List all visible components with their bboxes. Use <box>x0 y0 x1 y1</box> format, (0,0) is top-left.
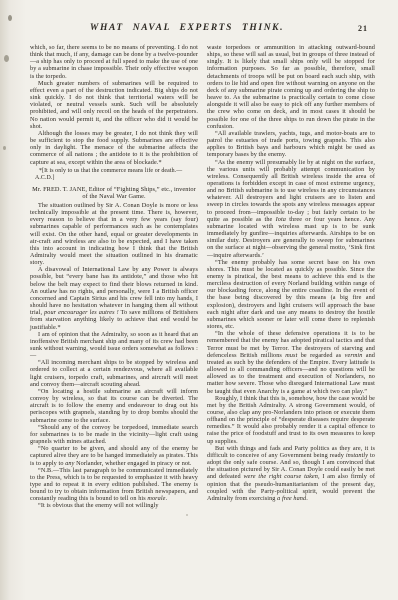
paragraph: I am of opinion that the Admiralty, so s… <box>30 331 198 360</box>
running-title: WHAT NAVAL EXPERTS THINK. <box>30 23 344 33</box>
paragraph: which, so far, there seems to be no mean… <box>30 44 198 80</box>
text-columns: which, so far, there seems to be no mean… <box>30 44 376 510</box>
paragraph: “Should any of the convoy be torpedoed, … <box>30 424 198 445</box>
paragraph: “All available trawlers, yachts, tugs, a… <box>207 130 375 159</box>
paragraph: waste torpedoes or ammunition in attacki… <box>207 44 375 130</box>
paragraph: Much greater numbers of submarines will … <box>30 80 198 130</box>
paragraph: Roughly, I think that this is, somehow, … <box>207 395 375 445</box>
scan-speck <box>4 55 9 62</box>
paragraph: “All incoming merchant ships to be stopp… <box>30 359 198 388</box>
paragraph: “It is obvious that the enemy will not w… <box>30 502 198 509</box>
page-number: 21 <box>358 24 368 33</box>
footnote: *[It is only to us that the commerce mea… <box>35 168 198 182</box>
paragraph: A disavowal of International Law by any … <box>30 266 198 330</box>
paragraph: “N.B.—This last paragraph to be communic… <box>30 467 198 503</box>
page-header: WHAT NAVAL EXPERTS THINK. 21 <box>30 23 374 37</box>
paragraph: But with things and fads and Party polit… <box>207 445 375 502</box>
paragraph: “The enemy probably has some secret base… <box>207 259 375 331</box>
scan-speck <box>8 15 12 21</box>
book-page: WHAT NAVAL EXPERTS THINK. 21 which, so f… <box>0 0 398 600</box>
paragraph: “As the enemy will presumably lie by at … <box>207 159 375 259</box>
paragraph: “On locating a hostile submarine an airc… <box>30 388 198 424</box>
paragraph: “No quarter to be given, and should any … <box>30 445 198 466</box>
column-right: waste torpedoes or ammunition in attacki… <box>207 44 375 510</box>
paragraph: Although the losses may be greater, I do… <box>30 130 198 166</box>
column-left: which, so far, there seems to be no mean… <box>30 44 198 510</box>
paragraph: “In the whole of these defensive operati… <box>207 330 375 394</box>
scan-speck <box>3 146 6 150</box>
scan-speck <box>186 514 188 516</box>
section-heading: Mr. FRED. T. JANE, Editor of “Fighting S… <box>30 186 198 200</box>
paragraph: The situation outlined by Sir A. Conan D… <box>30 202 198 266</box>
